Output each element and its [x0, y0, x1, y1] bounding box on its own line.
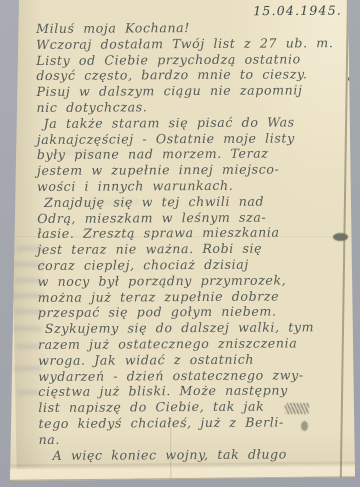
letter-line: Znajduję się w tej chwili nad [37, 193, 355, 211]
letter-line: Wczoraj dostałam Twój list z 27 ub. m. [36, 35, 354, 53]
letter-line: coraz cieplej, chociaż dzisiaj [37, 256, 355, 274]
letter-line: w nocy był porządny przymrozek, [38, 272, 356, 290]
letter-line: nic dotychczas. [36, 98, 354, 116]
letter-scan: 15.04.1945. Miluś moja Kochana! Wczoraj … [0, 0, 360, 487]
letter-line: Szykujemy się do dalszej walki, tym [38, 319, 356, 337]
letter-line-salutation: Miluś moja Kochana! [36, 19, 354, 37]
letter-line: Listy od Ciebie przychodzą ostatnio [36, 51, 354, 69]
letter-line: były pisane nad morzem. Teraz [37, 145, 355, 163]
letter-line: jestem w zupełnie innej miejsco- [37, 161, 355, 179]
letter-line: jest teraz nie ważna. Robi się [37, 240, 355, 258]
letter-line: jaknajczęściej - Ostatnie moje listy [37, 130, 355, 148]
bleed-through-mark [13, 366, 41, 372]
letter-line: można już teraz zupełnie dobrze [38, 288, 356, 306]
letter-line: Odrą, mieszkam w leśnym sza- [37, 209, 355, 227]
bleed-through-mark [16, 344, 40, 349]
letter-line: Pisuj w dalszym ciągu nie zapomnij [36, 82, 354, 100]
letter-line: przespać się pod gołym niebem. [38, 303, 356, 321]
letter-body: Miluś moja Kochana! Wczoraj dostałam Twó… [36, 19, 357, 463]
letter-date: 15.04.1945. [232, 3, 342, 19]
letter-line: cięstwa już bliski. Może następny [38, 382, 356, 400]
letter-line: łasie. Zresztą sprawa mieszkania [37, 224, 355, 242]
letter-line: tego kiedyś chciałeś, już z Berli- [38, 414, 356, 432]
letter-line: wroga. Jak widać z ostatnich [38, 351, 356, 369]
letter-line: wydarzeń - dzień ostatecznego zwy- [38, 367, 356, 385]
letter-line: A więc koniec wojny, tak długo [39, 446, 357, 464]
letter-line: razem już ostatecznego zniszczenia [38, 335, 356, 353]
ink-speck [348, 77, 351, 81]
letter-line: dosyć często, bardzo mnie to cieszy. [36, 66, 354, 84]
ink-smudge [333, 233, 348, 241]
letter-line: Ja także staram się pisać do Was [37, 114, 355, 132]
bleed-through-mark [17, 390, 39, 395]
letter-line: na. [39, 430, 357, 448]
letter-line: wości i innych warunkach. [37, 177, 355, 195]
letter-paper: 15.04.1945. Miluś moja Kochana! Wczoraj … [0, 0, 360, 487]
ink-scribble-correction [285, 403, 309, 414]
ink-smudge [301, 421, 308, 431]
